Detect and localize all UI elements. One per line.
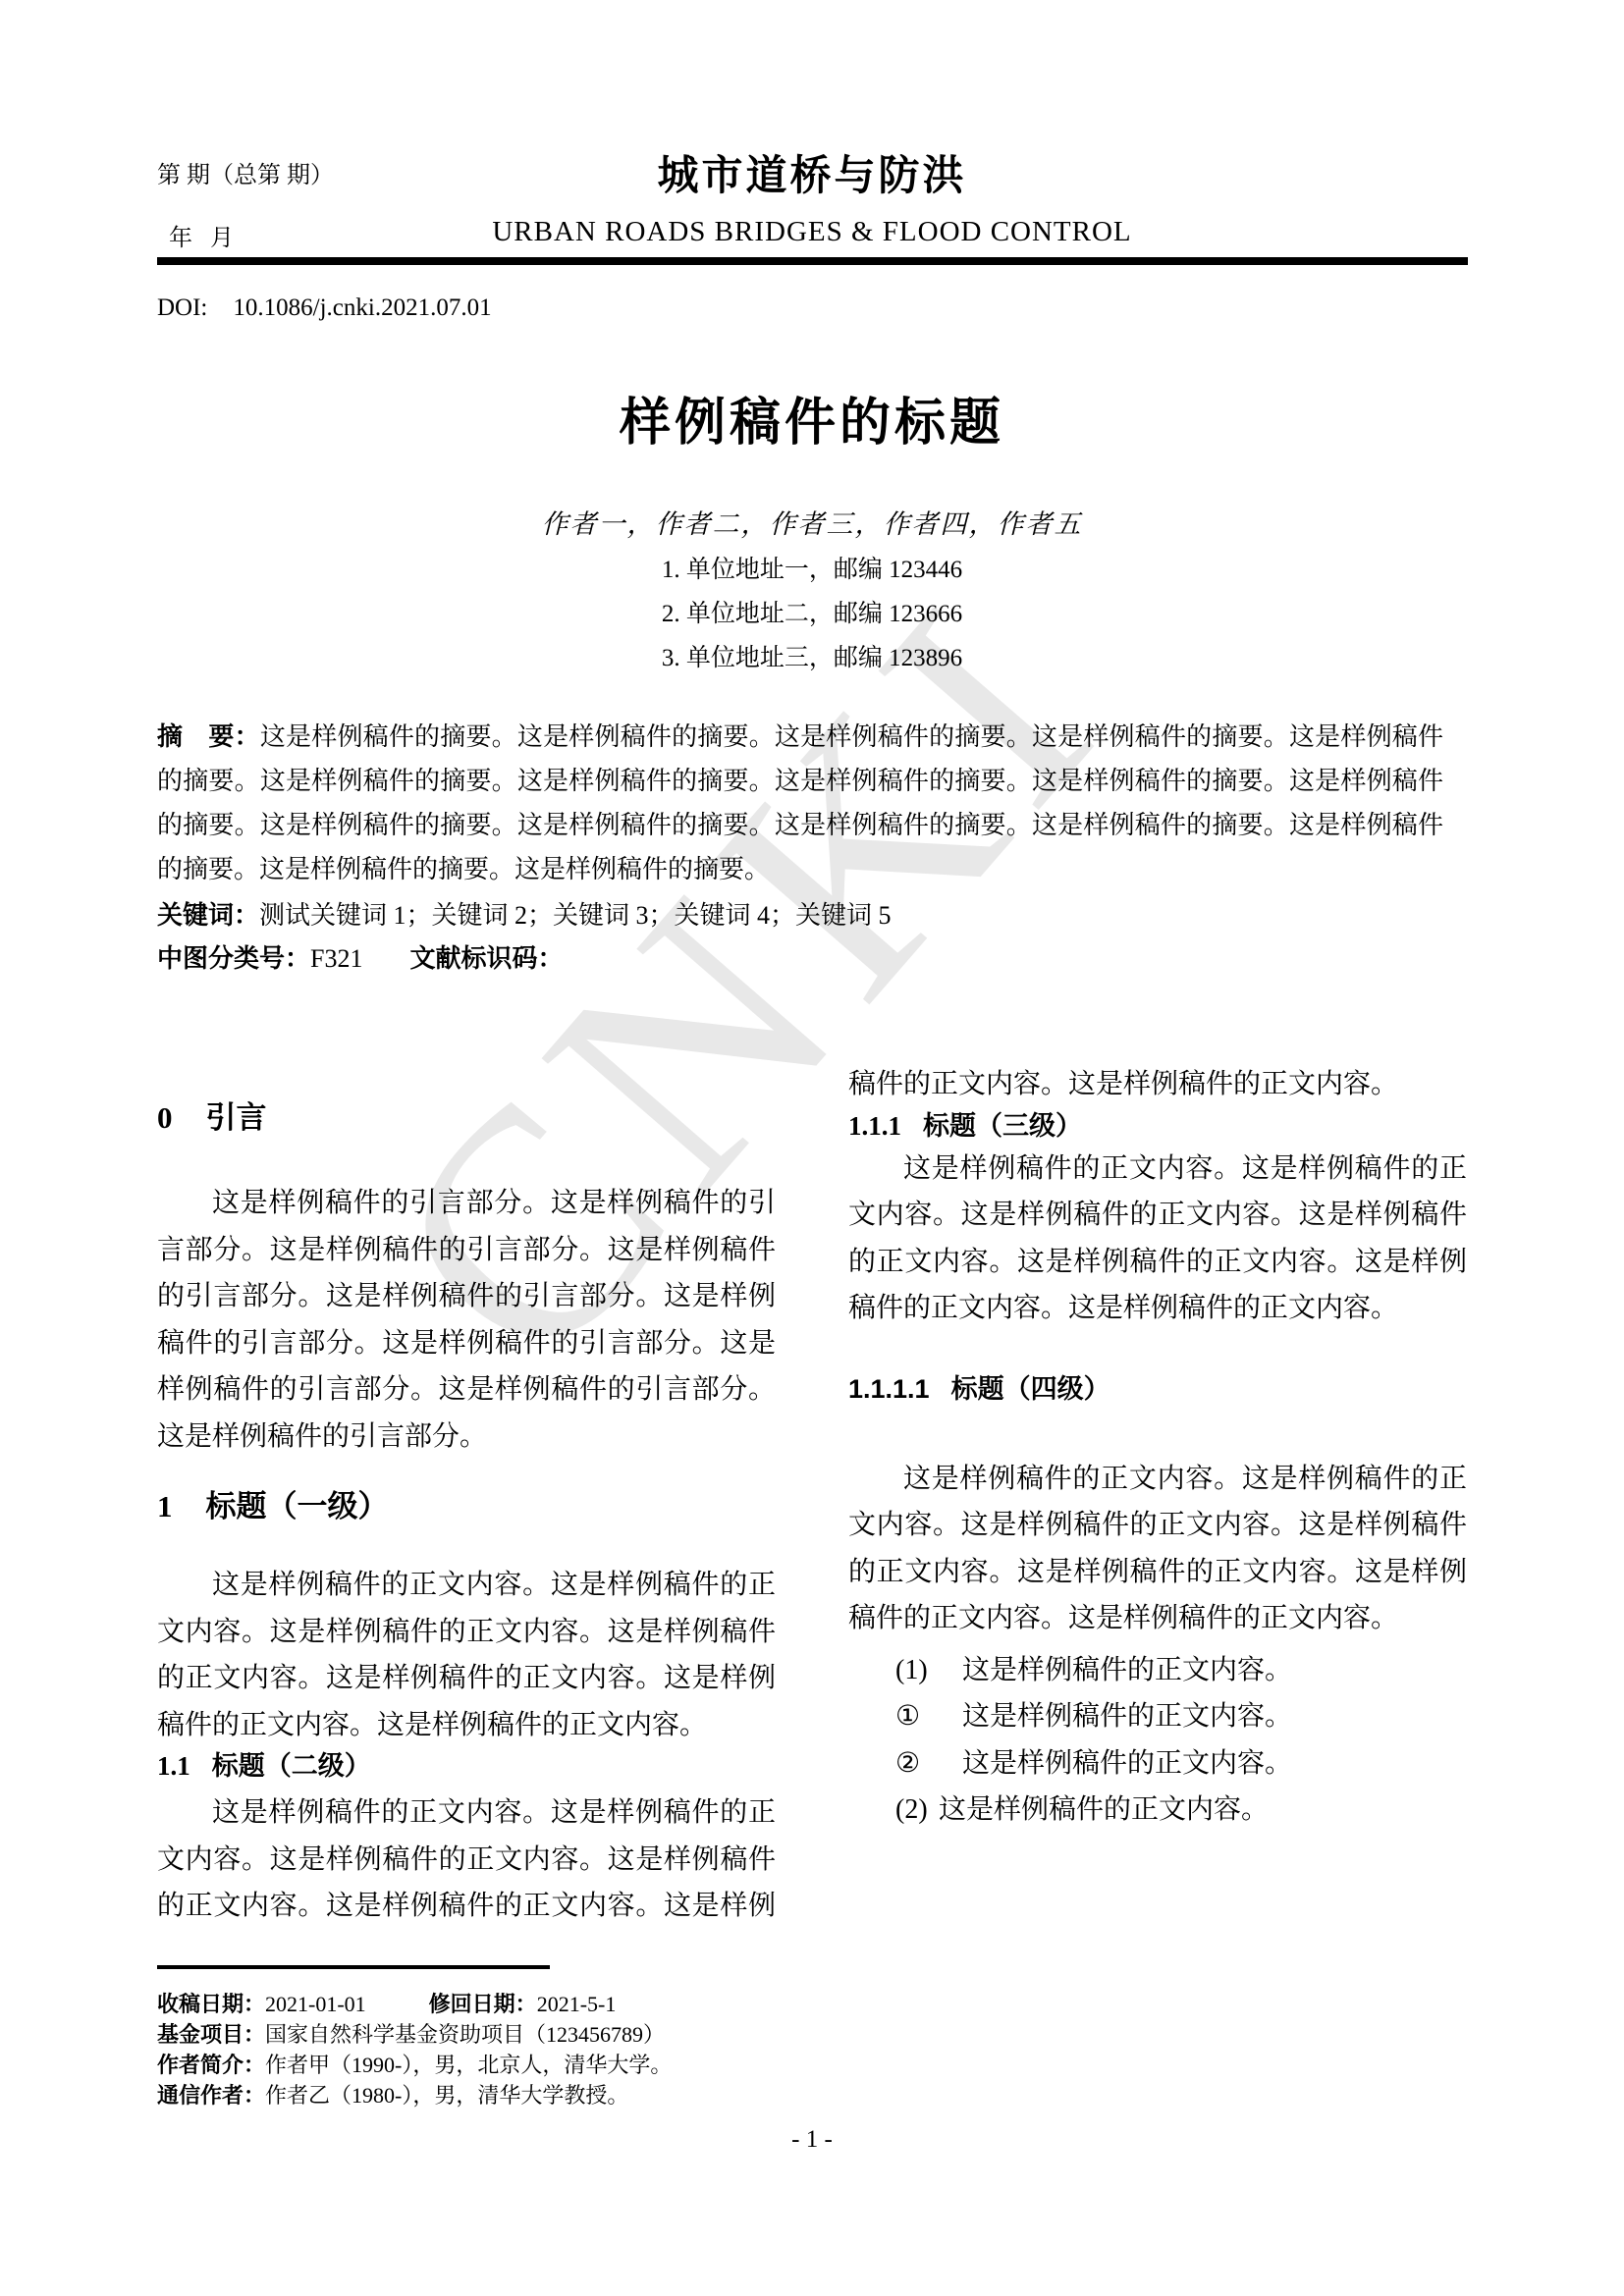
abstract-first-line: 摘 要：这是样例稿件的摘要。这是样例稿件的摘要。这是样例稿件的摘要。这是样例稿件… [157,715,1443,759]
abstract-rest-lines: 的摘要。这是样例稿件的摘要。这是样例稿件的摘要。这是样例稿件的摘要。这是样例稿件… [157,759,1443,891]
section-1-1-1-1-paragraph: 这是样例稿件的正文内容。这是样例稿件的正文内容。这是样例稿件的正文内容。这是样例… [848,1456,1467,1642]
heading-number: 1 [157,1489,173,1523]
journal-title-en: URBAN ROADS BRIDGES & FLOOD CONTROL [0,216,1624,248]
text-line: 稿件的正文内容。这是样例稿件的正文内容。 [157,1702,776,1749]
list-marker: ② [895,1740,962,1788]
bio-value: 作者甲（1990-），男，北京人，清华大学。 [265,2053,672,2077]
heading-0-intro: 0引言 [157,1098,776,1138]
footnote-rule [157,1965,550,1969]
article-title: 样例稿件的标题 [0,381,1624,454]
text-line: 样例稿件的引言部分。这是样例稿件的引言部分。 [157,1366,776,1414]
text-line: 文内容。这是样例稿件的正文内容。这是样例稿件 [848,1192,1467,1239]
text-line: 稿件的正文内容。这是样例稿件的正文内容。 [848,1595,1467,1642]
list-marker: ① [895,1693,962,1740]
text-line: 的正文内容。这是样例稿件的正文内容。这是样例 [157,1655,776,1702]
heading-1: 1标题（一级） [157,1487,776,1526]
footnote-corresponding: 通信作者：作者乙（1980-），男，清华大学教授。 [157,2080,1041,2110]
received-value: 2021-01-01 [265,1992,366,2016]
abstract-first-text: 这是样例稿件的摘要。这是样例稿件的摘要。这是样例稿件的摘要。这是样例稿件的摘要。… [260,722,1443,751]
heading-number: 1.1.1.1 [848,1374,930,1404]
list-marker: (2) [895,1787,939,1834]
text-line: 的摘要。这是样例稿件的摘要。这是样例稿件的摘要。这是样例稿件的摘要。这是样例稿件… [157,759,1443,803]
keywords-line: 关键词：测试关键词 1；关键词 2；关键词 3；关键词 4；关键词 5 [157,893,892,937]
doc-code-label: 文献标识码： [409,943,563,973]
classification-line: 中图分类号：F321文献标识码： [157,936,564,981]
heading-text: 标题（三级） [923,1111,1082,1141]
list-marker: (1) [895,1647,962,1694]
text-line: 稿件的正文内容。这是样例稿件的正文内容。 [848,1285,1467,1332]
keywords-text: 测试关键词 1；关键词 2；关键词 3；关键词 4；关键词 5 [259,901,892,930]
text-line: 的摘要。这是样例稿件的摘要。这是样例稿件的摘要。这是样例稿件的摘要。这是样例稿件… [157,803,1443,847]
text-line: 的摘要。这是样例稿件的摘要。这是样例稿件的摘要。 [157,847,1443,891]
list-text: 这是样例稿件的正文内容。 [939,1794,1269,1825]
fund-label: 基金项目： [157,2022,265,2047]
bio-label: 作者简介： [157,2053,265,2077]
list-text: 这是样例稿件的正文内容。 [962,1655,1292,1685]
footnote-dates: 收稿日期：2021-01-01修回日期：2021-5-1 [157,1989,1041,2019]
heading-text: 引言 [206,1100,267,1135]
heading-text: 标题（四级） [951,1374,1110,1404]
text-line: 这是样例稿件的正文内容。这是样例稿件的正 [157,1789,776,1837]
heading-1-1-1-1: 1.1.1.1标题（四级） [848,1371,1467,1407]
corr-value: 作者乙（1980-），男，清华大学教授。 [265,2083,628,2108]
section-1-1-paragraph: 这是样例稿件的正文内容。这是样例稿件的正文内容。这是样例稿件的正文内容。这是样例… [157,1789,776,1930]
affiliation-3: 3. 单位地址三，邮编 123896 [0,638,1624,673]
clc-label: 中图分类号： [157,943,310,973]
section-1-1-continuation: 稿件的正文内容。这是样例稿件的正文内容。 [848,1061,1467,1108]
text-line: 这是样例稿件的正文内容。这是样例稿件的正 [157,1562,776,1609]
footnote-fund: 基金项目：国家自然科学基金资助项目（123456789） [157,2019,1041,2050]
text-line: 这是样例稿件的正文内容。这是样例稿件的正 [848,1146,1467,1193]
text-line: 这是样例稿件的引言部分。这是样例稿件的引 [157,1180,776,1227]
list-item: (2)这是样例稿件的正文内容。 [848,1787,1467,1834]
heading-1-1-1: 1.1.1标题（三级） [848,1108,1467,1144]
text-line: 的引言部分。这是样例稿件的引言部分。这是样例 [157,1273,776,1320]
revised-value: 2021-5-1 [537,1992,617,2016]
heading-1-1: 1.1标题（二级） [157,1748,776,1784]
doi-value: 10.1086/j.cnki.2021.07.01 [233,294,491,321]
journal-page: CNKI 第 期（总第 期） 城市道桥与防洪 年 月 URBAN ROADS B… [0,0,1624,2296]
text-line: 的正文内容。这是样例稿件的正文内容。这是样例 [848,1239,1467,1286]
keywords-label: 关键词： [157,900,259,930]
list-item: ②这是样例稿件的正文内容。 [848,1740,1467,1788]
heading-number: 1.1.1 [848,1111,901,1141]
left-column: 0引言 这是样例稿件的引言部分。这是样例稿件的引言部分。这是样例稿件的引言部分。… [157,1055,776,1930]
revised-label: 修回日期： [429,1992,537,2016]
right-column: 稿件的正文内容。这是样例稿件的正文内容。 1.1.1标题（三级） 这是样例稿件的… [848,1055,1467,1834]
heading-text: 标题（一级） [206,1489,389,1523]
doi-label: DOI: [157,294,207,321]
section-1-paragraph: 这是样例稿件的正文内容。这是样例稿件的正文内容。这是样例稿件的正文内容。这是样例… [157,1562,776,1748]
received-label: 收稿日期： [157,1992,265,2016]
list-text: 这是样例稿件的正文内容。 [962,1748,1292,1779]
abstract-label: 摘 要： [157,721,260,751]
fund-value: 国家自然科学基金资助项目（123456789） [265,2022,665,2047]
affiliation-1: 1. 单位地址一，邮编 123446 [0,550,1624,585]
intro-paragraph: 这是样例稿件的引言部分。这是样例稿件的引言部分。这是样例稿件的引言部分。这是样例… [157,1180,776,1460]
heading-text: 标题（二级） [212,1751,371,1781]
header-rule [157,257,1468,265]
footnotes: 收稿日期：2021-01-01修回日期：2021-5-1 基金项目：国家自然科学… [157,1989,1041,2110]
abstract: 摘 要：这是样例稿件的摘要。这是样例稿件的摘要。这是样例稿件的摘要。这是样例稿件… [157,715,1443,891]
text-line: 言部分。这是样例稿件的引言部分。这是样例稿件 [157,1227,776,1274]
numbered-list: (1)这是样例稿件的正文内容。 ①这是样例稿件的正文内容。 ②这是样例稿件的正文… [848,1647,1467,1834]
text-line: 文内容。这是样例稿件的正文内容。这是样例稿件 [157,1837,776,1884]
text-line: 文内容。这是样例稿件的正文内容。这是样例稿件 [848,1502,1467,1549]
author-list: 作者一，作者二，作者三，作者四，作者五 [0,503,1624,541]
section-1-1-1-paragraph: 这是样例稿件的正文内容。这是样例稿件的正文内容。这是样例稿件的正文内容。这是样例… [848,1146,1467,1332]
text-line: 的正文内容。这是样例稿件的正文内容。这是样例 [848,1549,1467,1596]
heading-number: 1.1 [157,1751,190,1781]
heading-number: 0 [157,1100,173,1135]
journal-title-cn: 城市道桥与防洪 [0,143,1624,202]
affiliation-2: 2. 单位地址二，邮编 123666 [0,594,1624,629]
clc-value: F321 [310,944,362,973]
text-line: 这是样例稿件的正文内容。这是样例稿件的正 [848,1456,1467,1503]
list-item: (1)这是样例稿件的正文内容。 [848,1647,1467,1694]
page-number: - 1 - [0,2126,1624,2154]
list-text: 这是样例稿件的正文内容。 [962,1701,1292,1732]
text-line: 这是样例稿件的引言部分。 [157,1414,776,1461]
text-line: 的正文内容。这是样例稿件的正文内容。这是样例 [157,1883,776,1930]
list-item: ①这是样例稿件的正文内容。 [848,1693,1467,1740]
footnote-bio: 作者简介：作者甲（1990-），男，北京人，清华大学。 [157,2050,1041,2080]
corr-label: 通信作者： [157,2083,265,2108]
doi-line: DOI:10.1086/j.cnki.2021.07.01 [157,294,492,322]
text-line: 文内容。这是样例稿件的正文内容。这是样例稿件 [157,1609,776,1656]
text-line: 稿件的引言部分。这是样例稿件的引言部分。这是 [157,1320,776,1367]
